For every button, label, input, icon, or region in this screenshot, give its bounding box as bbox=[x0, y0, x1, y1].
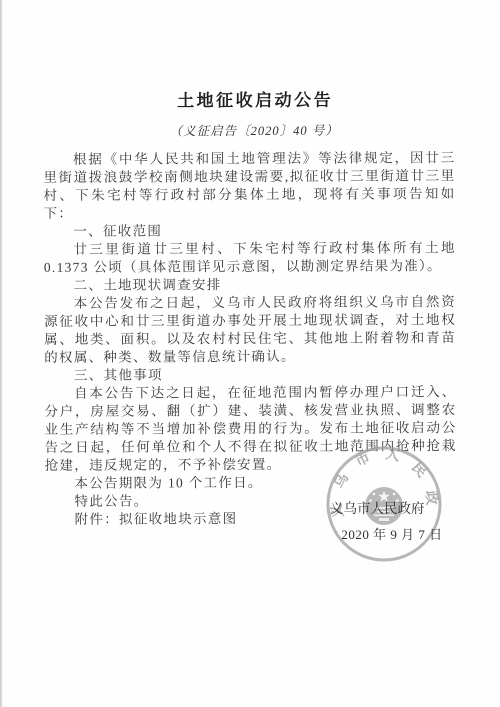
paragraph: 本公告发布之日起，义乌市人民政府将组织义乌市自然资源征收中心和廿三里街道办事处开… bbox=[44, 293, 456, 367]
paragraph: 廿三里街道廿三里村、下朱宅村等行政村集体所有土地 0.1373 公顷（具体范围详… bbox=[44, 239, 456, 277]
signature-authority: 义乌市人民政府 bbox=[330, 497, 442, 517]
scanned-document-page: 土地征收启动公告 （义征启告〔2020〕40 号） 根据《中华人民共和国土地管理… bbox=[0, 0, 500, 707]
paragraph: 三、其他事项 bbox=[44, 365, 456, 385]
paragraph: 二、土地现状调查安排 bbox=[44, 275, 456, 295]
paragraph: 一、征收范围 bbox=[44, 221, 456, 241]
signature-authority-text: 义乌市人民政府 bbox=[330, 497, 425, 517]
scan-edge-artifact bbox=[0, 0, 3, 707]
signature-date: 2020 年 9 月 7 日 bbox=[331, 524, 453, 543]
document-number: （义征启告〔2020〕40 号） bbox=[53, 120, 455, 140]
document-title: 土地征收启动公告 bbox=[55, 85, 455, 112]
paragraph: 根据《中华人民共和国土地管理法》等法律规定，因廿三里街道拨浪鼓学校南侧地块建设需… bbox=[43, 149, 455, 223]
